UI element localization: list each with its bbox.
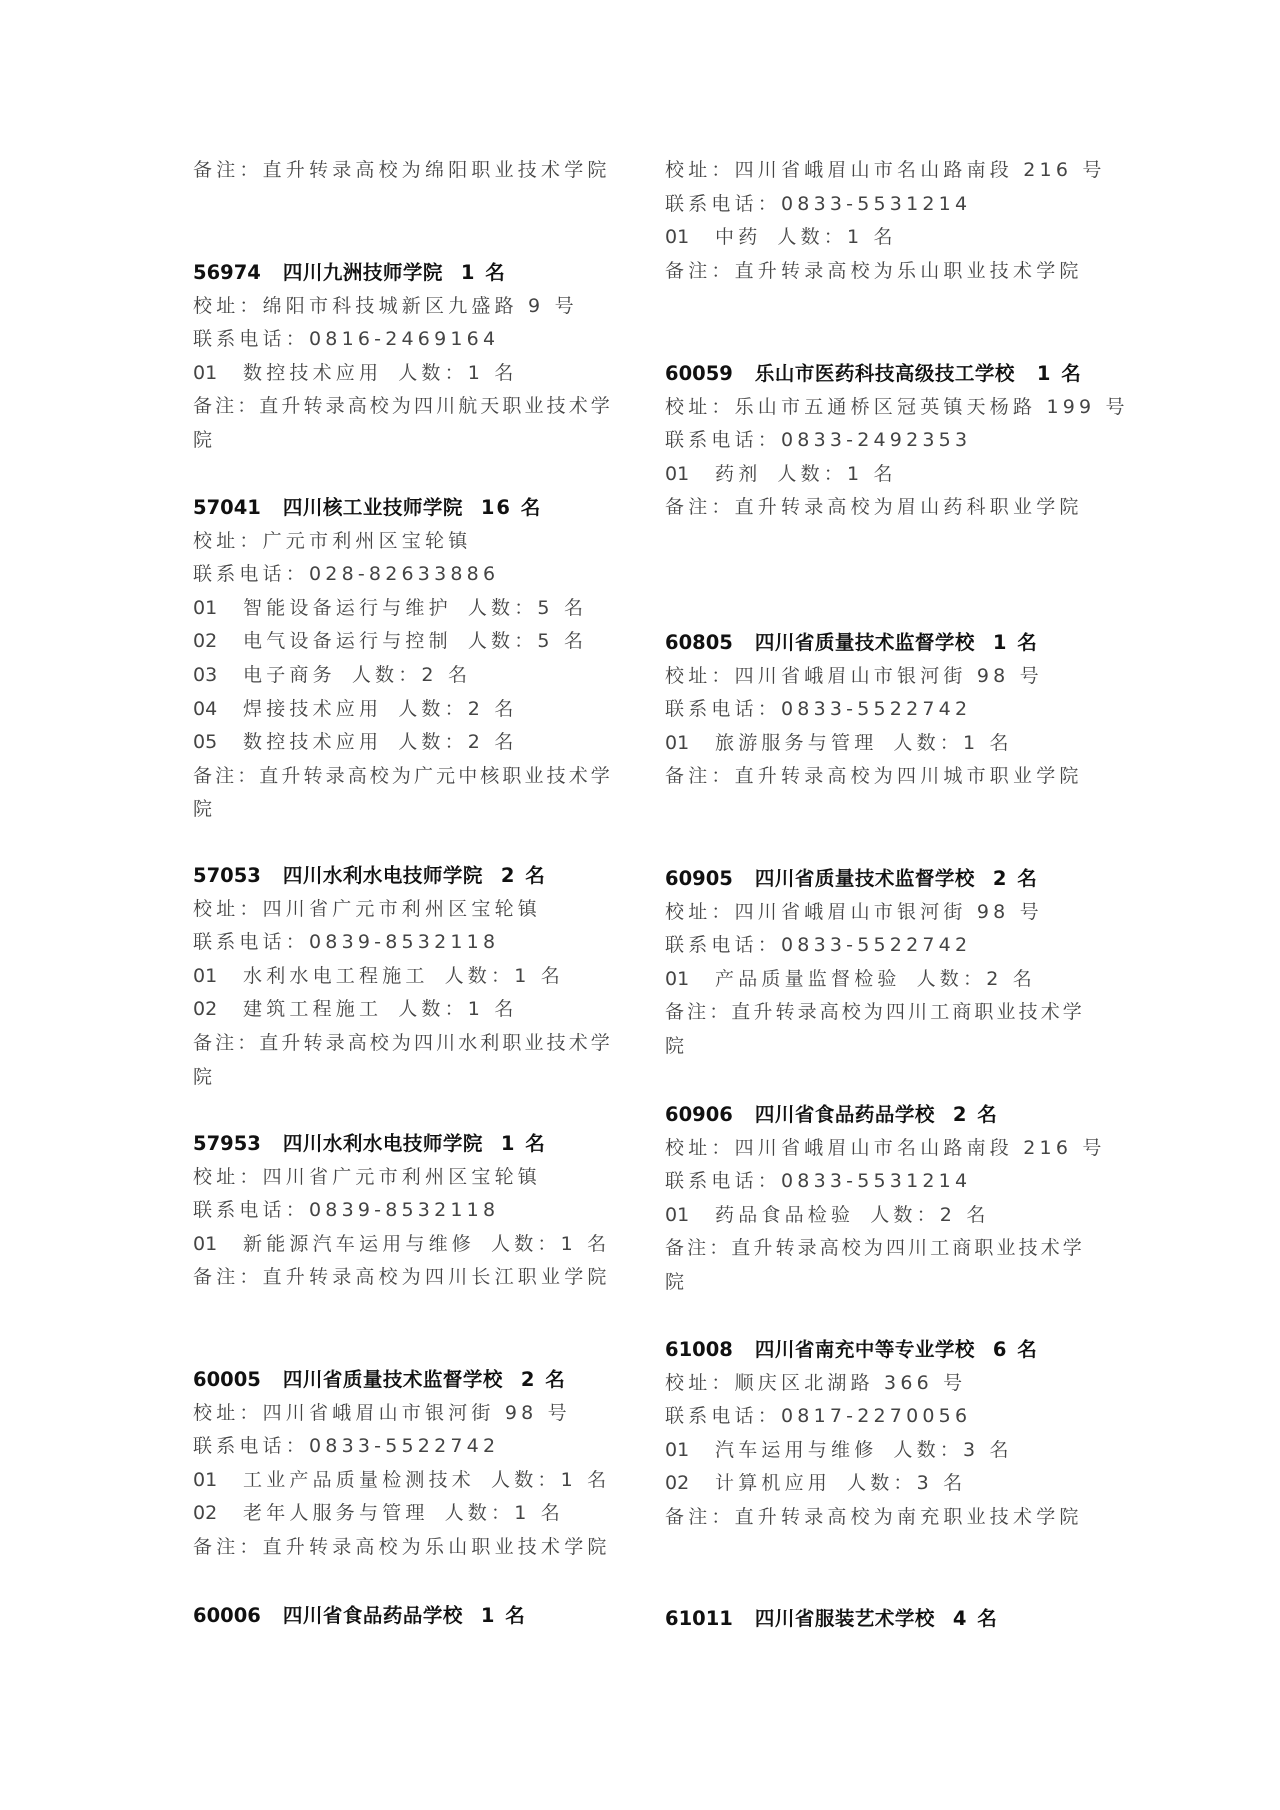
major-number: 01 <box>665 963 715 997</box>
school-quota: 1 名 <box>1037 362 1083 385</box>
school-note: 备注：直升转录高校为四川航天职业技术学院 <box>193 390 633 424</box>
top-note-block: 备注：直升转录高校为绵阳职业技术学院 <box>193 154 633 188</box>
school-name: 四川省食品药品学校 <box>283 1604 463 1627</box>
school-entry-57041: 57041四川核工业技师学院16 名 校址：广元市利州区宝轮镇 联系电话：028… <box>193 491 633 793</box>
school-code: 57053 <box>193 864 261 887</box>
major-count: 人数：1 名 <box>491 1233 610 1255</box>
school-header: 57041四川核工业技师学院16 名 <box>193 491 633 525</box>
major-row: 02计算机应用人数：3 名 <box>665 1467 1105 1501</box>
school-header: 57053四川水利水电技师学院2 名 <box>193 859 633 893</box>
school-phone: 联系电话：0839-8532118 <box>193 926 633 960</box>
major-row: 05数控技术应用人数：2 名 <box>193 726 633 760</box>
major-row: 01旅游服务与管理人数：1 名 <box>665 727 1105 761</box>
major-row: 03电子商务人数：2 名 <box>193 659 633 693</box>
school-entry-60005: 60005四川省质量技术监督学校2 名 校址：四川省峨眉山市银河街 98 号 联… <box>193 1363 633 1565</box>
major-number: 01 <box>193 960 243 994</box>
school-entry-56974: 56974四川九洲技师学院1 名 校址：绵阳市科技城新区九盛路 9 号 联系电话… <box>193 256 633 424</box>
school-name: 四川省南充中等专业学校 <box>755 1338 975 1361</box>
school-phone: 联系电话：0817-2270056 <box>665 1400 1105 1434</box>
school-header: 61008四川省南充中等专业学校6 名 <box>665 1333 1105 1367</box>
school-code: 60059 <box>665 362 733 385</box>
major-number: 01 <box>193 357 243 391</box>
school-entry-60059: 60059乐山市医药科技高级技工学校1 名 校址：乐山市五通桥区冠英镇天杨路 1… <box>665 357 1105 525</box>
major-name: 焊接技术应用 <box>243 698 382 720</box>
school-address: 校址：四川省峨眉山市名山路南段 216 号 <box>665 1132 1105 1166</box>
school-address: 校址：四川省峨眉山市银河街 98 号 <box>193 1397 633 1431</box>
school-name: 四川省服装艺术学校 <box>755 1607 935 1630</box>
major-number: 01 <box>665 458 715 492</box>
major-name: 旅游服务与管理 <box>715 732 877 754</box>
major-row: 01智能设备运行与维护人数：5 名 <box>193 592 633 626</box>
school-entry-60906: 60906四川省食品药品学校2 名 校址：四川省峨眉山市名山路南段 216 号 … <box>665 1098 1105 1266</box>
major-name: 数控技术应用 <box>243 731 382 753</box>
major-number: 02 <box>665 1467 715 1501</box>
school-entry-61011: 61011四川省服装艺术学校4 名 <box>665 1602 1105 1636</box>
major-number: 02 <box>193 1497 243 1531</box>
school-address: 校址：四川省峨眉山市名山路南段 216 号 <box>665 154 1105 188</box>
school-note: 备注：直升转录高校为广元中核职业技术学院 <box>193 760 633 794</box>
school-header: 60905四川省质量技术监督学校2 名 <box>665 862 1105 896</box>
major-row: 01产品质量监督检验人数：2 名 <box>665 963 1105 997</box>
school-phone: 联系电话：0833-2492353 <box>665 424 1105 458</box>
school-name: 乐山市医药科技高级技工学校 <box>755 362 1015 385</box>
major-number: 01 <box>665 1434 715 1468</box>
major-name: 电气设备运行与控制 <box>243 630 452 652</box>
school-quota: 2 名 <box>953 1103 999 1126</box>
school-quota: 6 名 <box>993 1338 1039 1361</box>
school-phone: 联系电话：0839-8532118 <box>193 1194 633 1228</box>
major-row: 04焊接技术应用人数：2 名 <box>193 693 633 727</box>
major-name: 工业产品质量检测技术 <box>243 1469 475 1491</box>
major-name: 数控技术应用 <box>243 362 382 384</box>
school-code: 60005 <box>193 1368 261 1391</box>
major-number: 01 <box>665 1199 715 1233</box>
major-name: 电子商务 <box>243 664 336 686</box>
school-name: 四川省食品药品学校 <box>755 1103 935 1126</box>
school-quota: 1 名 <box>481 1604 527 1627</box>
school-quota: 2 名 <box>501 864 547 887</box>
major-row: 01药品食品检验人数：2 名 <box>665 1199 1105 1233</box>
major-row: 02建筑工程施工人数：1 名 <box>193 993 633 1027</box>
school-note: 备注：直升转录高校为四川长江职业学院 <box>193 1261 633 1295</box>
school-address: 校址：四川省峨眉山市银河街 98 号 <box>665 660 1105 694</box>
major-name: 智能设备运行与维护 <box>243 597 452 619</box>
major-number: 04 <box>193 693 243 727</box>
major-count: 人数：1 名 <box>777 226 896 248</box>
school-name: 四川水利水电技师学院 <box>283 1132 483 1155</box>
major-count: 人数：2 名 <box>398 731 517 753</box>
major-name: 中药 <box>715 226 761 248</box>
school-quota: 1 名 <box>461 261 507 284</box>
major-count: 人数：2 名 <box>352 664 471 686</box>
school-code: 57041 <box>193 496 261 519</box>
school-header: 57953四川水利水电技师学院1 名 <box>193 1127 633 1161</box>
school-address: 校址：四川省广元市利州区宝轮镇 <box>193 1161 633 1195</box>
major-count: 人数：2 名 <box>398 698 517 720</box>
school-name: 四川水利水电技师学院 <box>283 864 483 887</box>
major-row: 02电气设备运行与控制人数：5 名 <box>193 625 633 659</box>
school-entry-60805: 60805四川省质量技术监督学校1 名 校址：四川省峨眉山市银河街 98 号 联… <box>665 626 1105 794</box>
major-name: 药品食品检验 <box>715 1204 854 1226</box>
school-quota: 4 名 <box>953 1607 999 1630</box>
school-phone: 联系电话：0833-5531214 <box>665 1165 1105 1199</box>
major-count: 人数：3 名 <box>893 1439 1012 1461</box>
school-note: 备注：直升转录高校为乐山职业技术学院 <box>665 255 1105 289</box>
major-number: 02 <box>193 993 243 1027</box>
school-header: 60906四川省食品药品学校2 名 <box>665 1098 1105 1132</box>
major-name: 新能源汽车运用与维修 <box>243 1233 475 1255</box>
school-code: 61008 <box>665 1338 733 1361</box>
school-entry-60006: 60006四川省食品药品学校1 名 <box>193 1599 633 1633</box>
major-row: 01数控技术应用人数：1 名 <box>193 357 633 391</box>
school-name: 四川省质量技术监督学校 <box>755 867 975 890</box>
school-name: 四川核工业技师学院 <box>283 496 463 519</box>
major-number: 01 <box>665 727 715 761</box>
major-count: 人数：3 名 <box>847 1472 966 1494</box>
major-row: 02老年人服务与管理人数：1 名 <box>193 1497 633 1531</box>
school-quota: 1 名 <box>993 631 1039 654</box>
school-quota: 2 名 <box>993 867 1039 890</box>
major-count: 人数：1 名 <box>777 463 896 485</box>
school-quota: 2 名 <box>521 1368 567 1391</box>
school-header: 60059乐山市医药科技高级技工学校1 名 <box>665 357 1105 391</box>
major-count: 人数：5 名 <box>468 597 587 619</box>
major-count: 人数：1 名 <box>445 965 564 987</box>
school-code: 57953 <box>193 1132 261 1155</box>
school-code: 60906 <box>665 1103 733 1126</box>
major-number: 01 <box>665 221 715 255</box>
school-header: 56974四川九洲技师学院1 名 <box>193 256 633 290</box>
school-entry-60905: 60905四川省质量技术监督学校2 名 校址：四川省峨眉山市银河街 98 号 联… <box>665 862 1105 1030</box>
major-count: 人数：5 名 <box>468 630 587 652</box>
school-phone: 联系电话：0833-5522742 <box>665 693 1105 727</box>
school-note: 备注：直升转录高校为南充职业技术学院 <box>665 1501 1105 1535</box>
school-quota: 16 名 <box>481 496 542 519</box>
major-number: 01 <box>193 1464 243 1498</box>
major-name: 建筑工程施工 <box>243 998 382 1020</box>
school-name: 四川省质量技术监督学校 <box>755 631 975 654</box>
major-name: 产品质量监督检验 <box>715 968 901 990</box>
school-name: 四川省质量技术监督学校 <box>283 1368 503 1391</box>
school-entry-61008: 61008四川省南充中等专业学校6 名 校址：顺庆区北湖路 366 号 联系电话… <box>665 1333 1105 1535</box>
school-code: 60805 <box>665 631 733 654</box>
school-phone: 联系电话：0833-5531214 <box>665 188 1105 222</box>
note-text: 备注：直升转录高校为绵阳职业技术学院 <box>193 154 633 188</box>
school-address: 校址：广元市利州区宝轮镇 <box>193 525 633 559</box>
school-entry-57953: 57953四川水利水电技师学院1 名 校址：四川省广元市利州区宝轮镇 联系电话：… <box>193 1127 633 1295</box>
major-row: 01中药人数：1 名 <box>665 221 1105 255</box>
major-row: 01药剂人数：1 名 <box>665 458 1105 492</box>
major-count: 人数：1 名 <box>398 362 517 384</box>
school-code: 60006 <box>193 1604 261 1627</box>
school-phone: 联系电话：0833-5522742 <box>665 929 1105 963</box>
school-address: 校址：绵阳市科技城新区九盛路 9 号 <box>193 290 633 324</box>
major-number: 03 <box>193 659 243 693</box>
school-phone: 联系电话：0816-2469164 <box>193 323 633 357</box>
school-note: 备注：直升转录高校为四川城市职业学院 <box>665 760 1105 794</box>
school-phone: 联系电话：0833-5522742 <box>193 1430 633 1464</box>
school-quota: 1 名 <box>501 1132 547 1155</box>
school-address: 校址：顺庆区北湖路 366 号 <box>665 1367 1105 1401</box>
major-name: 计算机应用 <box>715 1472 831 1494</box>
school-note: 备注：直升转录高校为眉山药科职业学院 <box>665 491 1105 525</box>
major-number: 01 <box>193 592 243 626</box>
major-count: 人数：2 名 <box>917 968 1036 990</box>
school-address: 校址：四川省峨眉山市银河街 98 号 <box>665 896 1105 930</box>
school-address: 校址：四川省广元市利州区宝轮镇 <box>193 893 633 927</box>
school-code: 56974 <box>193 261 261 284</box>
major-name: 水利水电工程施工 <box>243 965 429 987</box>
major-row: 01工业产品质量检测技术人数：1 名 <box>193 1464 633 1498</box>
major-number: 02 <box>193 625 243 659</box>
school-note: 备注：直升转录高校为四川工商职业技术学院 <box>665 996 1105 1030</box>
major-row: 01汽车运用与维修人数：3 名 <box>665 1434 1105 1468</box>
major-name: 老年人服务与管理 <box>243 1502 429 1524</box>
major-number: 05 <box>193 726 243 760</box>
school-note: 备注：直升转录高校为四川工商职业技术学院 <box>665 1232 1105 1266</box>
major-count: 人数：1 名 <box>398 998 517 1020</box>
school-header: 60805四川省质量技术监督学校1 名 <box>665 626 1105 660</box>
school-header: 60006四川省食品药品学校1 名 <box>193 1599 633 1633</box>
school-code: 61011 <box>665 1607 733 1630</box>
major-name: 汽车运用与维修 <box>715 1439 877 1461</box>
school-name: 四川九洲技师学院 <box>283 261 443 284</box>
major-count: 人数：1 名 <box>445 1502 564 1524</box>
major-count: 人数：1 名 <box>893 732 1012 754</box>
school-note: 备注：直升转录高校为乐山职业技术学院 <box>193 1531 633 1565</box>
school-address: 校址：乐山市五通桥区冠英镇天杨路 199 号 <box>665 391 1105 425</box>
school-phone: 联系电话：028-82633886 <box>193 558 633 592</box>
major-row: 01新能源汽车运用与维修人数：1 名 <box>193 1228 633 1262</box>
major-count: 人数：1 名 <box>491 1469 610 1491</box>
continuation-block-60006: 校址：四川省峨眉山市名山路南段 216 号 联系电话：0833-5531214 … <box>665 154 1105 288</box>
major-name: 药剂 <box>715 463 761 485</box>
major-number: 01 <box>193 1228 243 1262</box>
major-row: 01水利水电工程施工人数：1 名 <box>193 960 633 994</box>
school-header: 61011四川省服装艺术学校4 名 <box>665 1602 1105 1636</box>
school-header: 60005四川省质量技术监督学校2 名 <box>193 1363 633 1397</box>
school-note: 备注：直升转录高校为四川水利职业技术学院 <box>193 1027 633 1061</box>
major-count: 人数：2 名 <box>870 1204 989 1226</box>
school-entry-57053: 57053四川水利水电技师学院2 名 校址：四川省广元市利州区宝轮镇 联系电话：… <box>193 859 633 1061</box>
school-code: 60905 <box>665 867 733 890</box>
